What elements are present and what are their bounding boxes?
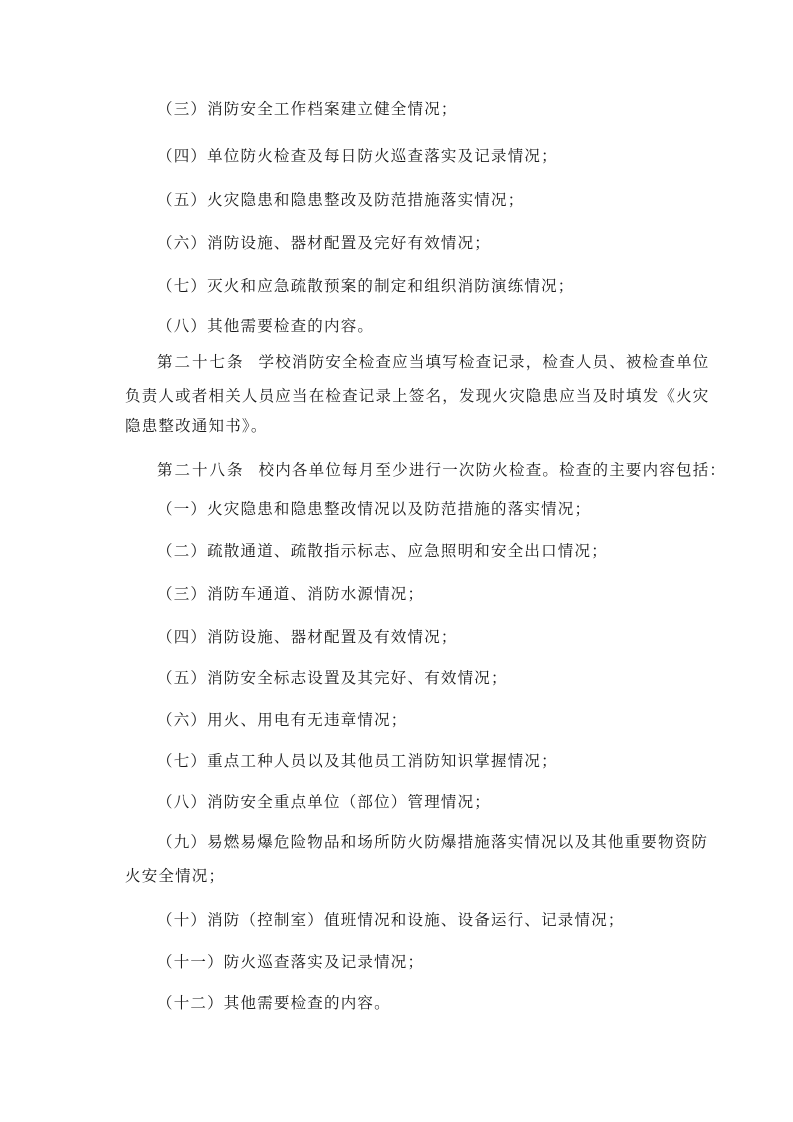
list-item-continuation: 火安全情况； [125,866,685,886]
list-item: （十二）其他需要检查的内容。 [157,993,717,1013]
list-item: （七）重点工种人员以及其他员工消防知识掌握情况； [157,751,717,771]
document-page: （三）消防安全工作档案建立健全情况； （四）单位防火检查及每日防火巡查落实及记录… [0,0,793,1122]
list-item: （二）疏散通道、疏散指示标志、应急照明和安全出口情况； [157,541,717,561]
list-item: （三）消防安全工作档案建立健全情况； [157,99,717,119]
list-item: （三）消防车通道、消防水源情况； [157,584,717,604]
list-item: （五）火灾隐患和隐患整改及防范措施落实情况； [157,190,717,210]
list-item: （五）消防安全标志设置及其完好、有效情况； [157,668,717,688]
list-item: （十一）防火巡查落实及记录情况； [157,952,717,972]
article-27-line-3: 隐患整改通知书》。 [125,416,685,436]
list-item: （九）易燃易爆危险物品和场所防火防爆措施落实情况以及其他重要物资防 [157,832,717,852]
article-number: 第二十七条 [157,353,245,371]
article-28-line-1: 第二十八条校内各单位每月至少进行一次防火检查。检查的主要内容包括： [157,460,717,480]
list-item: （一）火灾隐患和隐患整改情况以及防范措施的落实情况； [157,499,717,519]
list-item: （七）灭火和应急疏散预案的制定和组织消防演练情况； [157,276,717,296]
list-item: （八）消防安全重点单位（部位）管理情况； [157,792,717,812]
list-item: （六）消防设施、器材配置及完好有效情况； [157,233,717,253]
list-item: （六）用火、用电有无违章情况； [157,710,717,730]
article-27-line-1: 第二十七条学校消防安全检查应当填写检查记录，检查人员、被检查单位 [157,352,717,372]
list-item: （八）其他需要检查的内容。 [157,316,717,336]
article-text: 学校消防安全检查应当填写检查记录，检查人员、被检查单位 [259,353,710,371]
list-item: （四）单位防火检查及每日防火巡查落实及记录情况； [157,146,717,166]
article-27-line-2: 负责人或者相关人员应当在检查记录上签名，发现火灾隐患应当及时填发《火灾 [125,386,685,406]
list-item: （四）消防设施、器材配置及有效情况； [157,627,717,647]
list-item: （十）消防（控制室）值班情况和设施、设备运行、记录情况； [157,910,717,930]
article-text: 校内各单位每月至少进行一次防火检查。检查的主要内容包括： [259,461,727,479]
article-number: 第二十八条 [157,461,245,479]
